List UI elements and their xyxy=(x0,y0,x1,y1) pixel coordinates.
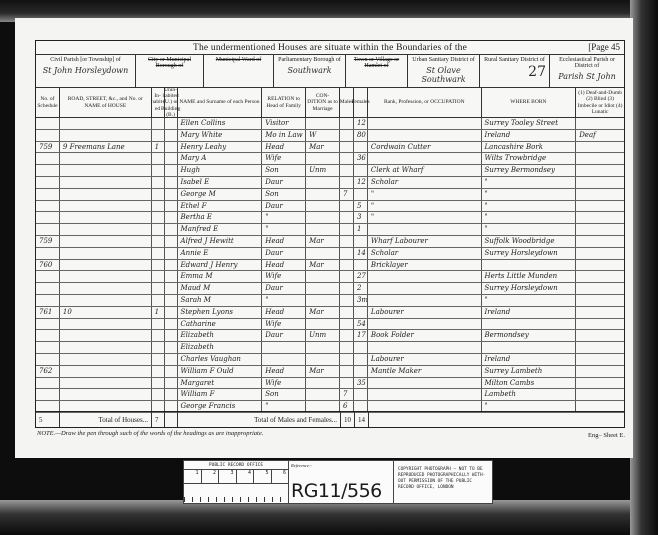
cell-sch xyxy=(36,224,60,235)
cell-born: Surrey Tooley Street xyxy=(482,118,577,129)
cell-road xyxy=(60,224,152,235)
cell-f xyxy=(354,260,368,271)
cell-f xyxy=(354,236,368,247)
table-row: HughSonUnmClerk at WharfSurrey Bermondse… xyxy=(36,165,624,177)
cell-inh xyxy=(152,130,165,141)
cell-sch xyxy=(36,177,60,188)
municipal-borough-field: City or Municipal Borough of xyxy=(136,55,204,87)
cell-inf xyxy=(576,330,624,341)
scan-edge-bottom xyxy=(0,500,630,535)
table-row: 762William F OuldHeadMarMantle MakerSurr… xyxy=(36,366,624,378)
cell-cond xyxy=(306,189,340,200)
cell-born: Surrey Horsleydown xyxy=(482,283,577,294)
cell-rel: Wife xyxy=(262,319,306,330)
cell-m xyxy=(340,153,354,164)
cell-name: Hugh xyxy=(178,165,263,176)
total-males: 10 xyxy=(341,412,355,427)
cell-sch: 762 xyxy=(36,366,60,377)
cell-f: 54 xyxy=(354,319,368,330)
table-row: Emma MWife27Herts Little Munden xyxy=(36,271,624,283)
cell-born: Ireland xyxy=(482,307,577,318)
cell-name: Manfred E xyxy=(178,224,263,235)
cell-uninhabited xyxy=(165,153,178,164)
cell-sch xyxy=(36,153,60,164)
table-row: Annie EDaur14ScholarSurrey Horsleydown xyxy=(36,248,624,260)
cell-sch xyxy=(36,212,60,223)
cell-inf xyxy=(576,366,624,377)
table-row: MargaretWife35Milton Cambs xyxy=(36,378,624,390)
cell-m xyxy=(340,283,354,294)
cell-m xyxy=(340,260,354,271)
cell-cond xyxy=(306,389,340,400)
cell-f: 27 xyxy=(354,271,368,282)
civil-parish-field: Civil Parish [or Township] of St John Ho… xyxy=(36,55,136,87)
cell-rel: Head xyxy=(262,142,306,153)
cell-sch xyxy=(36,130,60,141)
cell-rel: Mo in Law xyxy=(262,130,306,141)
cell-occ xyxy=(368,319,482,330)
cell-f: 17 xyxy=(354,330,368,341)
cell-sch: 759 xyxy=(36,236,60,247)
table-row: Ethel FDaur5"" xyxy=(36,201,624,213)
cell-sch xyxy=(36,295,60,306)
ruler-mark: 5 xyxy=(254,470,272,483)
cell-inh xyxy=(152,212,165,223)
cell-inf xyxy=(576,212,624,223)
cell-f xyxy=(354,389,368,400)
cell-m xyxy=(340,224,354,235)
sheet-identifier: Eng– Sheet E. xyxy=(588,432,625,439)
cell-m xyxy=(340,330,354,341)
cell-m xyxy=(340,165,354,176)
cell-born: " xyxy=(482,224,577,235)
cell-occ: Mantle Maker xyxy=(368,366,482,377)
cell-road xyxy=(60,283,152,294)
cell-road xyxy=(60,236,152,247)
total-females: 14 xyxy=(355,412,369,427)
cell-m xyxy=(340,201,354,212)
cell-cond xyxy=(306,224,340,235)
cell-name: Margaret xyxy=(178,378,263,389)
reference-box: Reference:- RG11/556 xyxy=(289,461,394,503)
cell-inh: 1 xyxy=(152,307,165,318)
cell-inh xyxy=(152,330,165,341)
cell-name: Henry Leahy xyxy=(178,142,263,153)
cell-road xyxy=(60,177,152,188)
col-uninhabited: Unin-habited (U.) or Building (B.) xyxy=(165,88,178,117)
cell-inh xyxy=(152,295,165,306)
table-row: George MSon7"" xyxy=(36,189,624,201)
cell-m xyxy=(340,378,354,389)
census-page: The undermentioned Houses are situate wi… xyxy=(15,18,633,458)
ruler-mark: 4 xyxy=(237,470,255,483)
cell-f: 12 xyxy=(354,177,368,188)
table-row: Mary AWife36Wilts Trowbridge xyxy=(36,153,624,165)
cell-cond xyxy=(306,271,340,282)
cell-road xyxy=(60,330,152,341)
rural-sanitary-field: Rural Sanitary District of 27 xyxy=(480,55,550,87)
cell-rel: Wife xyxy=(262,378,306,389)
cell-road xyxy=(60,354,152,365)
cell-inh xyxy=(152,189,165,200)
scan-edge-right xyxy=(630,0,658,535)
cell-inf xyxy=(576,342,624,353)
cell-cond xyxy=(306,212,340,223)
cell-uninhabited xyxy=(165,366,178,377)
cell-occ: Scholar xyxy=(368,177,482,188)
cell-cond xyxy=(306,177,340,188)
cell-rel: " xyxy=(262,212,306,223)
cell-inf xyxy=(576,248,624,259)
cell-cond: W xyxy=(306,130,340,141)
cell-rel: " xyxy=(262,295,306,306)
cell-inf xyxy=(576,165,624,176)
cell-rel: Head xyxy=(262,236,306,247)
cell-born: Surrey Horsleydown xyxy=(482,248,577,259)
cell-inf xyxy=(576,271,624,282)
cell-name: Edward J Henry xyxy=(178,260,263,271)
total-blank xyxy=(369,412,624,427)
cell-f: 2 xyxy=(354,283,368,294)
ruler-mark: 2 xyxy=(202,470,220,483)
archive-stamp: PUBLIC RECORD OFFICE 1 2 3 4 5 6 Referen… xyxy=(183,460,493,504)
table-row: 760Edward J HenryHeadMarBricklayer xyxy=(36,260,624,272)
cell-inf xyxy=(576,118,624,129)
cell-m xyxy=(340,342,354,353)
cell-cond: Mar xyxy=(306,307,340,318)
cell-road xyxy=(60,248,152,259)
cell-f xyxy=(354,189,368,200)
cell-inh xyxy=(152,389,165,400)
cell-cond xyxy=(306,118,340,129)
table-row: Bertha E"3"" xyxy=(36,212,624,224)
cell-name: Isabel E xyxy=(178,177,263,188)
cell-f: 1 xyxy=(354,224,368,235)
cell-occ: Labourer xyxy=(368,354,482,365)
cell-f xyxy=(354,342,368,353)
cell-name: Elizabeth xyxy=(178,330,263,341)
cell-sch xyxy=(36,319,60,330)
cell-sch xyxy=(36,165,60,176)
col-road: ROAD, STREET, &c., and No. or NAME of HO… xyxy=(60,88,152,117)
cell-uninhabited xyxy=(165,224,178,235)
cell-m xyxy=(340,142,354,153)
cell-f xyxy=(354,354,368,365)
cell-uninhabited xyxy=(165,389,178,400)
cell-inf: Deaf xyxy=(576,130,624,141)
cell-born: Lancashire Bork xyxy=(482,142,577,153)
cell-road xyxy=(60,201,152,212)
cell-uninhabited xyxy=(165,271,178,282)
cell-uninhabited xyxy=(165,248,178,259)
col-condition: CON-DITION as to Marriage xyxy=(306,88,340,117)
cell-sch xyxy=(36,189,60,200)
cell-born xyxy=(482,319,577,330)
cell-born xyxy=(482,342,577,353)
cell-rel: Wife xyxy=(262,271,306,282)
cell-road xyxy=(60,366,152,377)
cell-born: Herts Little Munden xyxy=(482,271,577,282)
cell-name: Emma M xyxy=(178,271,263,282)
cell-m: 7 xyxy=(340,189,354,200)
cell-cond xyxy=(306,283,340,294)
cell-road xyxy=(60,189,152,200)
cell-inh xyxy=(152,165,165,176)
table-row: Charles VaughanLabourerIreland xyxy=(36,354,624,366)
cell-inh xyxy=(152,283,165,294)
cell-cond xyxy=(306,342,340,353)
cell-m xyxy=(340,319,354,330)
cell-cond xyxy=(306,201,340,212)
cell-occ: Bricklayer xyxy=(368,260,482,271)
cell-sch xyxy=(36,378,60,389)
table-row: ElizabethDaurUnm17Book FolderBermondsey xyxy=(36,330,624,342)
cell-rel: Head xyxy=(262,260,306,271)
cell-name: Bertha E xyxy=(178,212,263,223)
cell-uninhabited xyxy=(165,319,178,330)
table-row: William FSon7Lambeth xyxy=(36,389,624,401)
cell-occ: Scholar xyxy=(368,248,482,259)
ruler-mark: 1 xyxy=(184,470,202,483)
cell-sch xyxy=(36,330,60,341)
cell-uninhabited xyxy=(165,354,178,365)
ruler-ticks xyxy=(184,484,288,502)
cell-road xyxy=(60,118,152,129)
cell-f xyxy=(354,366,368,377)
cell-cond: Mar xyxy=(306,366,340,377)
cell-occ: Wharf Labourer xyxy=(368,236,482,247)
cell-name: Elizabeth xyxy=(178,342,263,353)
totals-row: 5 Total of Houses... 7 Total of Males an… xyxy=(36,411,624,427)
census-sheet: The undermentioned Houses are situate wi… xyxy=(35,40,625,428)
cell-occ: " xyxy=(368,201,482,212)
cell-sch: 760 xyxy=(36,260,60,271)
table-row: CatharineWife54 xyxy=(36,319,624,331)
cell-rel: Visitor xyxy=(262,118,306,129)
cell-inf xyxy=(576,260,624,271)
cell-m xyxy=(340,271,354,282)
cell-cond xyxy=(306,295,340,306)
cell-born: " xyxy=(482,201,577,212)
cell-rel: Head xyxy=(262,307,306,318)
cell-cond xyxy=(306,378,340,389)
cell-occ xyxy=(368,271,482,282)
cell-road xyxy=(60,342,152,353)
cell-m xyxy=(340,295,354,306)
cell-rel: " xyxy=(262,224,306,235)
cell-inf xyxy=(576,142,624,153)
table-row: Maud MDaur2Surrey Horsleydown xyxy=(36,283,624,295)
cell-inf xyxy=(576,177,624,188)
cell-rel xyxy=(262,342,306,353)
cell-sch xyxy=(36,389,60,400)
cell-f: 36 xyxy=(354,153,368,164)
cell-rel xyxy=(262,354,306,365)
cell-m xyxy=(340,130,354,141)
cell-born: Ireland xyxy=(482,354,577,365)
cell-road xyxy=(60,271,152,282)
cell-occ xyxy=(368,153,482,164)
total-schedules: 5 xyxy=(36,412,60,427)
cell-road: 10 xyxy=(60,307,152,318)
cell-occ: " xyxy=(368,212,482,223)
cell-cond: Mar xyxy=(306,236,340,247)
cell-cond xyxy=(306,354,340,365)
cell-f: 3m xyxy=(354,295,368,306)
cell-occ: Cordwain Cutter xyxy=(368,142,482,153)
cell-uninhabited xyxy=(165,330,178,341)
cell-road xyxy=(60,153,152,164)
cell-inh xyxy=(152,224,165,235)
cell-rel: Son xyxy=(262,165,306,176)
ruler-numbers: 1 2 3 4 5 6 xyxy=(184,470,288,484)
town-village-field: Town or Village or Hamlet of xyxy=(346,55,408,87)
cell-born: Surrey Bermondsey xyxy=(482,165,577,176)
cell-inf xyxy=(576,307,624,318)
cell-cond xyxy=(306,248,340,259)
cell-inf xyxy=(576,153,624,164)
cell-occ: " xyxy=(368,189,482,200)
table-row: 761101Stephen LyonsHeadMarLabourerIrelan… xyxy=(36,307,624,319)
cell-inh xyxy=(152,201,165,212)
cell-sch xyxy=(36,354,60,365)
urban-sanitary-field: Urban Sanitary District of St Olave Sout… xyxy=(408,55,480,87)
cell-m xyxy=(340,177,354,188)
cell-sch xyxy=(36,342,60,353)
record-office-ruler: PUBLIC RECORD OFFICE 1 2 3 4 5 6 xyxy=(184,461,289,503)
cell-name: Catharine xyxy=(178,319,263,330)
total-uninhabited xyxy=(165,412,178,427)
cell-inf xyxy=(576,319,624,330)
cell-cond: Mar xyxy=(306,142,340,153)
cell-uninhabited xyxy=(165,378,178,389)
cell-name: Mary White xyxy=(178,130,263,141)
cell-sch xyxy=(36,283,60,294)
district-header: Civil Parish [or Township] of St John Ho… xyxy=(36,54,624,88)
cell-inf xyxy=(576,236,624,247)
parliamentary-borough-field: Parliamentary Borough of Southwark xyxy=(274,55,346,87)
cell-f xyxy=(354,142,368,153)
reference-label: Reference:- xyxy=(289,461,393,470)
cell-inh xyxy=(152,260,165,271)
cell-born: Suffolk Woodbridge xyxy=(482,236,577,247)
cell-uninhabited xyxy=(165,142,178,153)
cell-cond: Unm xyxy=(306,165,340,176)
cell-occ xyxy=(368,130,482,141)
cell-cond: Unm xyxy=(306,330,340,341)
cell-inf xyxy=(576,201,624,212)
cell-inh xyxy=(152,342,165,353)
cell-road xyxy=(60,295,152,306)
cell-name: Mary A xyxy=(178,153,263,164)
cell-road xyxy=(60,130,152,141)
cell-born: " xyxy=(482,295,577,306)
cell-m xyxy=(340,212,354,223)
col-females: Females xyxy=(354,88,368,117)
cell-f: 80 xyxy=(354,130,368,141)
cell-inh xyxy=(152,177,165,188)
cell-m xyxy=(340,307,354,318)
cell-rel: Daur xyxy=(262,201,306,212)
cell-rel: Wife xyxy=(262,153,306,164)
cell-m xyxy=(340,248,354,259)
col-infirmity: (1) Deaf-and-Dumb (2) Blind (3) Imbecile… xyxy=(576,88,624,117)
cell-inh xyxy=(152,248,165,259)
cell-f: 3 xyxy=(354,212,368,223)
cell-rel: Son xyxy=(262,389,306,400)
cell-born: Ireland xyxy=(482,130,577,141)
cell-inh xyxy=(152,153,165,164)
cell-m xyxy=(340,366,354,377)
column-headers: No. of Schedule ROAD, STREET, &c., and N… xyxy=(36,88,624,118)
cell-cond xyxy=(306,153,340,164)
cell-name: Annie E xyxy=(178,248,263,259)
record-office-label: PUBLIC RECORD OFFICE xyxy=(184,461,288,470)
cell-born: " xyxy=(482,189,577,200)
ecclesiastical-parish-field: Ecclesiastical Parish or District of Par… xyxy=(550,55,624,87)
cell-cond: Mar xyxy=(306,260,340,271)
ruler-mark: 6 xyxy=(272,470,289,483)
cell-sch: 759 xyxy=(36,142,60,153)
cell-road xyxy=(60,260,152,271)
cell-name: Alfred J Hewitt xyxy=(178,236,263,247)
cell-occ xyxy=(368,342,482,353)
cell-f xyxy=(354,165,368,176)
cell-name: George M xyxy=(178,189,263,200)
page-number: [Page 45 xyxy=(588,42,620,52)
cell-f: 35 xyxy=(354,378,368,389)
cell-inf xyxy=(576,189,624,200)
cell-born: " xyxy=(482,177,577,188)
table-row: Elizabeth xyxy=(36,342,624,354)
cell-rel: Son xyxy=(262,189,306,200)
cell-inf xyxy=(576,283,624,294)
cell-sch xyxy=(36,271,60,282)
cell-road xyxy=(60,389,152,400)
cell-sch: 761 xyxy=(36,307,60,318)
table-row: Sarah M"3m" xyxy=(36,295,624,307)
cell-born: Surrey Lambeth xyxy=(482,366,577,377)
cell-uninhabited xyxy=(165,165,178,176)
cell-uninhabited xyxy=(165,130,178,141)
footer-note: NOTE.—Draw the pen through such of the w… xyxy=(37,430,263,437)
cell-inh xyxy=(152,319,165,330)
cell-inf xyxy=(576,295,624,306)
cell-inf xyxy=(576,378,624,389)
total-houses: 7 xyxy=(152,412,165,427)
cell-m xyxy=(340,354,354,365)
cell-occ: Clerk at Wharf xyxy=(368,165,482,176)
cell-uninhabited xyxy=(165,236,178,247)
cell-road xyxy=(60,319,152,330)
cell-f: 5 xyxy=(354,201,368,212)
cell-f xyxy=(354,307,368,318)
cell-born: Milton Cambs xyxy=(482,378,577,389)
cell-road: 9 Freemans Lane xyxy=(60,142,152,153)
cell-uninhabited xyxy=(165,260,178,271)
cell-inh xyxy=(152,118,165,129)
cell-born: Lambeth xyxy=(482,389,577,400)
total-houses-label: Total of Houses... xyxy=(60,412,152,427)
col-name: NAME and Surname of each Person xyxy=(178,88,263,117)
cell-inf xyxy=(576,389,624,400)
cell-occ xyxy=(368,283,482,294)
total-persons-label: Total of Males and Females... xyxy=(178,412,341,427)
cell-rel: Head xyxy=(262,366,306,377)
cell-name: Sarah M xyxy=(178,295,263,306)
cell-uninhabited xyxy=(165,177,178,188)
table-row: Mary WhiteMo in LawW80IrelandDeaf xyxy=(36,130,624,142)
